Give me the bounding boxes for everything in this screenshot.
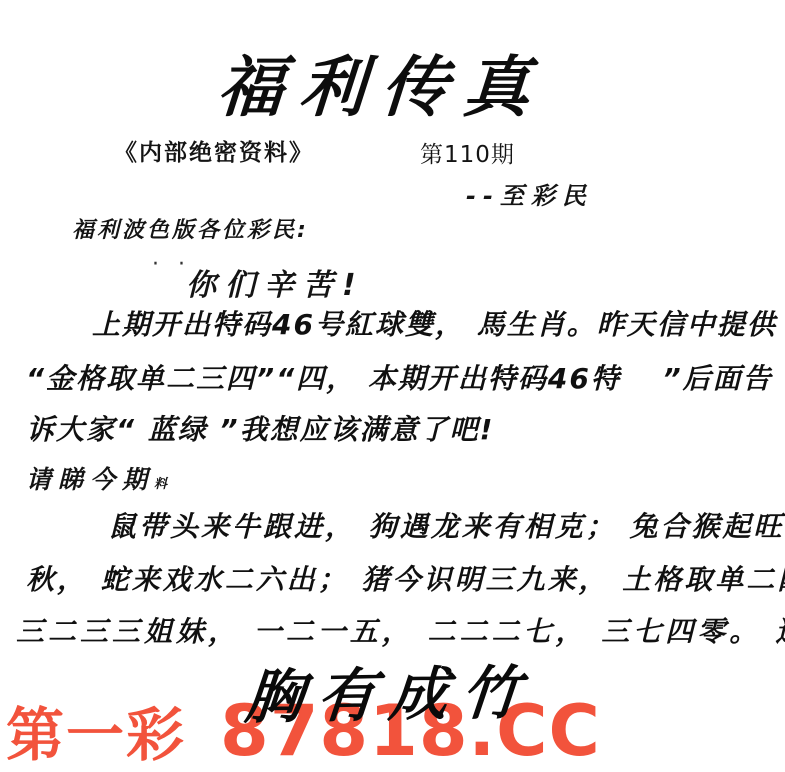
page-title: 福利传真 (215, 34, 550, 129)
note-text: 请睇今期 (26, 465, 154, 494)
classification-label: 《内部绝密资料》 (114, 134, 314, 167)
site-name: 第一彩 (6, 688, 186, 772)
verse-line-3: 三二三三姐妹， 一二一五， 二二二七， 三七四零。 送： 蓝绿 (16, 610, 785, 650)
note-line: 请睇今期料 (26, 460, 167, 496)
paragraph-line-3: 诉大家“ 蓝绿 ”我想应该满意了吧! (26, 408, 494, 448)
salutation-line: 福利波色版各位彩民: (72, 213, 309, 244)
paragraph-line-1: 上期开出特码46号紅球雙， 馬生肖。昨天信中提供 (92, 303, 777, 343)
verse-line-1: 鼠带头来牛跟进， 狗遇龙来有相克； 兔合猴起旺千 (108, 505, 785, 545)
verse-line-2: 秋， 蛇来戏水二六出； 猪今识明三九来， 土格取单二四七。 (26, 558, 785, 598)
greeting-line: 你们辛苦! (186, 260, 365, 304)
fax-page: 福利传真 《内部绝密资料》 第110期 --至彩民 福利波色版各位彩民: · ·… (0, 0, 785, 772)
addressee-line: --至彩民 (466, 176, 593, 211)
motto-calligraphy: 胸有成竹 (242, 645, 538, 734)
note-small-char: 料 (154, 477, 167, 492)
paragraph-line-2: “金格取单二三四”“四， 本期开出特码46特 ”后面告 (26, 357, 773, 397)
issue-number: 第110期 (420, 136, 515, 169)
